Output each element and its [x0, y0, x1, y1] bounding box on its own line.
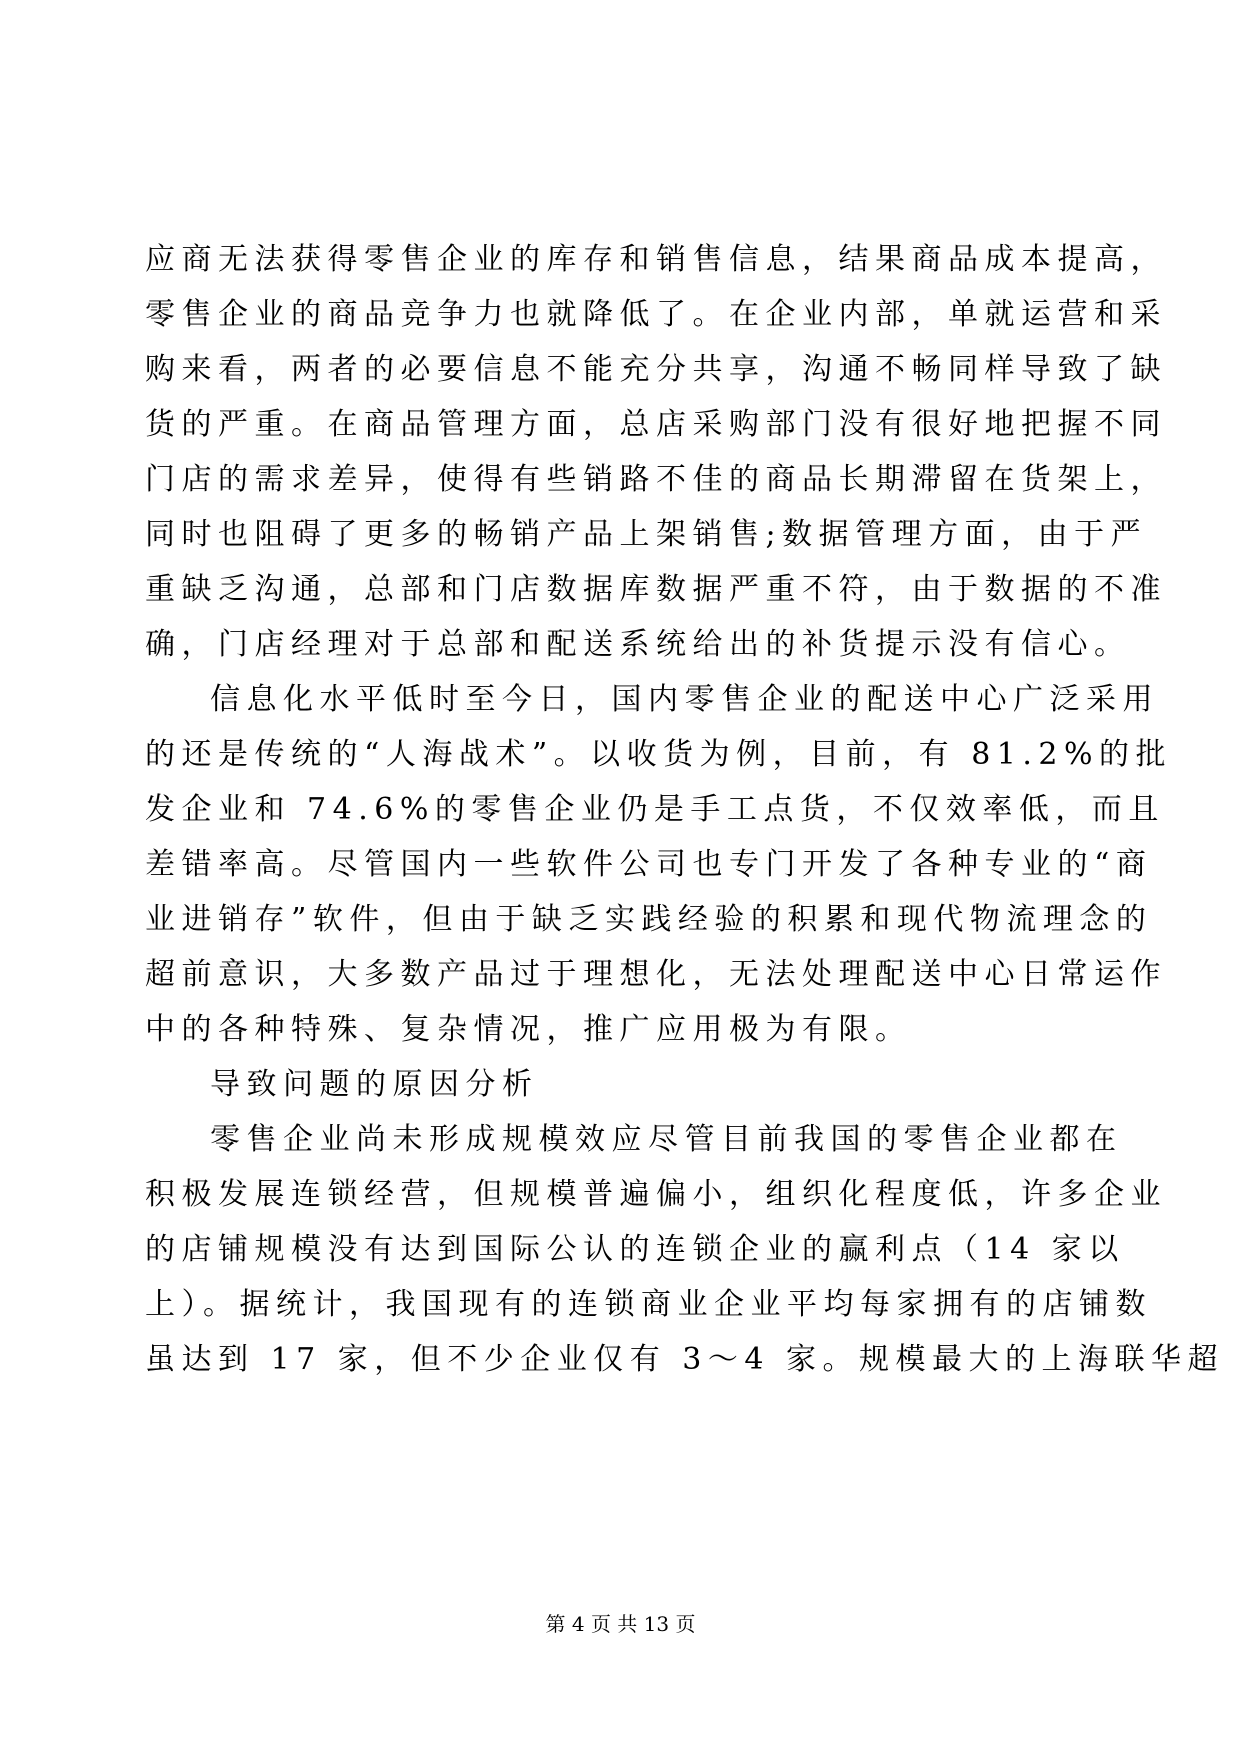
- text-line: 零售企业尚未形成规模效应尽管目前我国的零售企业都在: [145, 1112, 1093, 1167]
- text-line: 购来看，两者的必要信息不能充分共享，沟通不畅同样导致了缺: [145, 342, 1093, 397]
- section-heading: 导致问题的原因分析: [145, 1057, 1093, 1112]
- text-line: 发企业和 74.6%的零售企业仍是手工点货，不仅效率低，而且: [145, 782, 1093, 837]
- text-line: 货的严重。在商品管理方面，总店采购部门没有很好地把握不同: [145, 397, 1093, 452]
- text-line: 中的各种特殊、复杂情况，推广应用极为有限。: [145, 1002, 1093, 1057]
- paragraph-supply-info: 应商无法获得零售企业的库存和销售信息，结果商品成本提高， 零售企业的商品竞争力也…: [145, 232, 1093, 672]
- paragraph-informatization: 信息化水平低时至今日，国内零售企业的配送中心广泛采用 的还是传统的“人海战术”。…: [145, 672, 1093, 1057]
- text-line: 重缺乏沟通，总部和门店数据库数据严重不符，由于数据的不准: [145, 562, 1093, 617]
- document-body: 应商无法获得零售企业的库存和销售信息，结果商品成本提高， 零售企业的商品竞争力也…: [145, 232, 1093, 1387]
- heading-text: 导致问题的原因分析: [145, 1057, 1093, 1112]
- text-line: 同时也阻碍了更多的畅销产品上架销售;数据管理方面，由于严: [145, 507, 1093, 562]
- page-number-footer: 第 4 页 共 13 页: [0, 1610, 1241, 1638]
- text-line: 虽达到 17 家，但不少企业仅有 3～4 家。规模最大的上海联华超: [145, 1332, 1093, 1387]
- text-line: 差错率高。尽管国内一些软件公司也专门开发了各种专业的“商: [145, 837, 1093, 892]
- text-line: 确，门店经理对于总部和配送系统给出的补货提示没有信心。: [145, 617, 1093, 672]
- text-line: 业进销存”软件，但由于缺乏实践经验的积累和现代物流理念的: [145, 892, 1093, 947]
- paragraph-scale-effect: 零售企业尚未形成规模效应尽管目前我国的零售企业都在 积极发展连锁经营，但规模普遍…: [145, 1112, 1093, 1387]
- document-page: 应商无法获得零售企业的库存和销售信息，结果商品成本提高， 零售企业的商品竞争力也…: [0, 0, 1241, 1754]
- text-line: 应商无法获得零售企业的库存和销售信息，结果商品成本提高，: [145, 232, 1093, 287]
- text-line: 上）。据统计，我国现有的连锁商业企业平均每家拥有的店铺数: [145, 1277, 1093, 1332]
- text-line: 的店铺规模没有达到国际公认的连锁企业的赢利点（14 家以: [145, 1222, 1093, 1277]
- text-line: 门店的需求差异，使得有些销路不佳的商品长期滞留在货架上，: [145, 452, 1093, 507]
- text-line: 超前意识，大多数产品过于理想化，无法处理配送中心日常运作: [145, 947, 1093, 1002]
- text-line: 的还是传统的“人海战术”。以收货为例，目前，有 81.2%的批: [145, 727, 1093, 782]
- text-line: 信息化水平低时至今日，国内零售企业的配送中心广泛采用: [145, 672, 1093, 727]
- text-line: 积极发展连锁经营，但规模普遍偏小，组织化程度低，许多企业: [145, 1167, 1093, 1222]
- text-line: 零售企业的商品竞争力也就降低了。在企业内部，单就运营和采: [145, 287, 1093, 342]
